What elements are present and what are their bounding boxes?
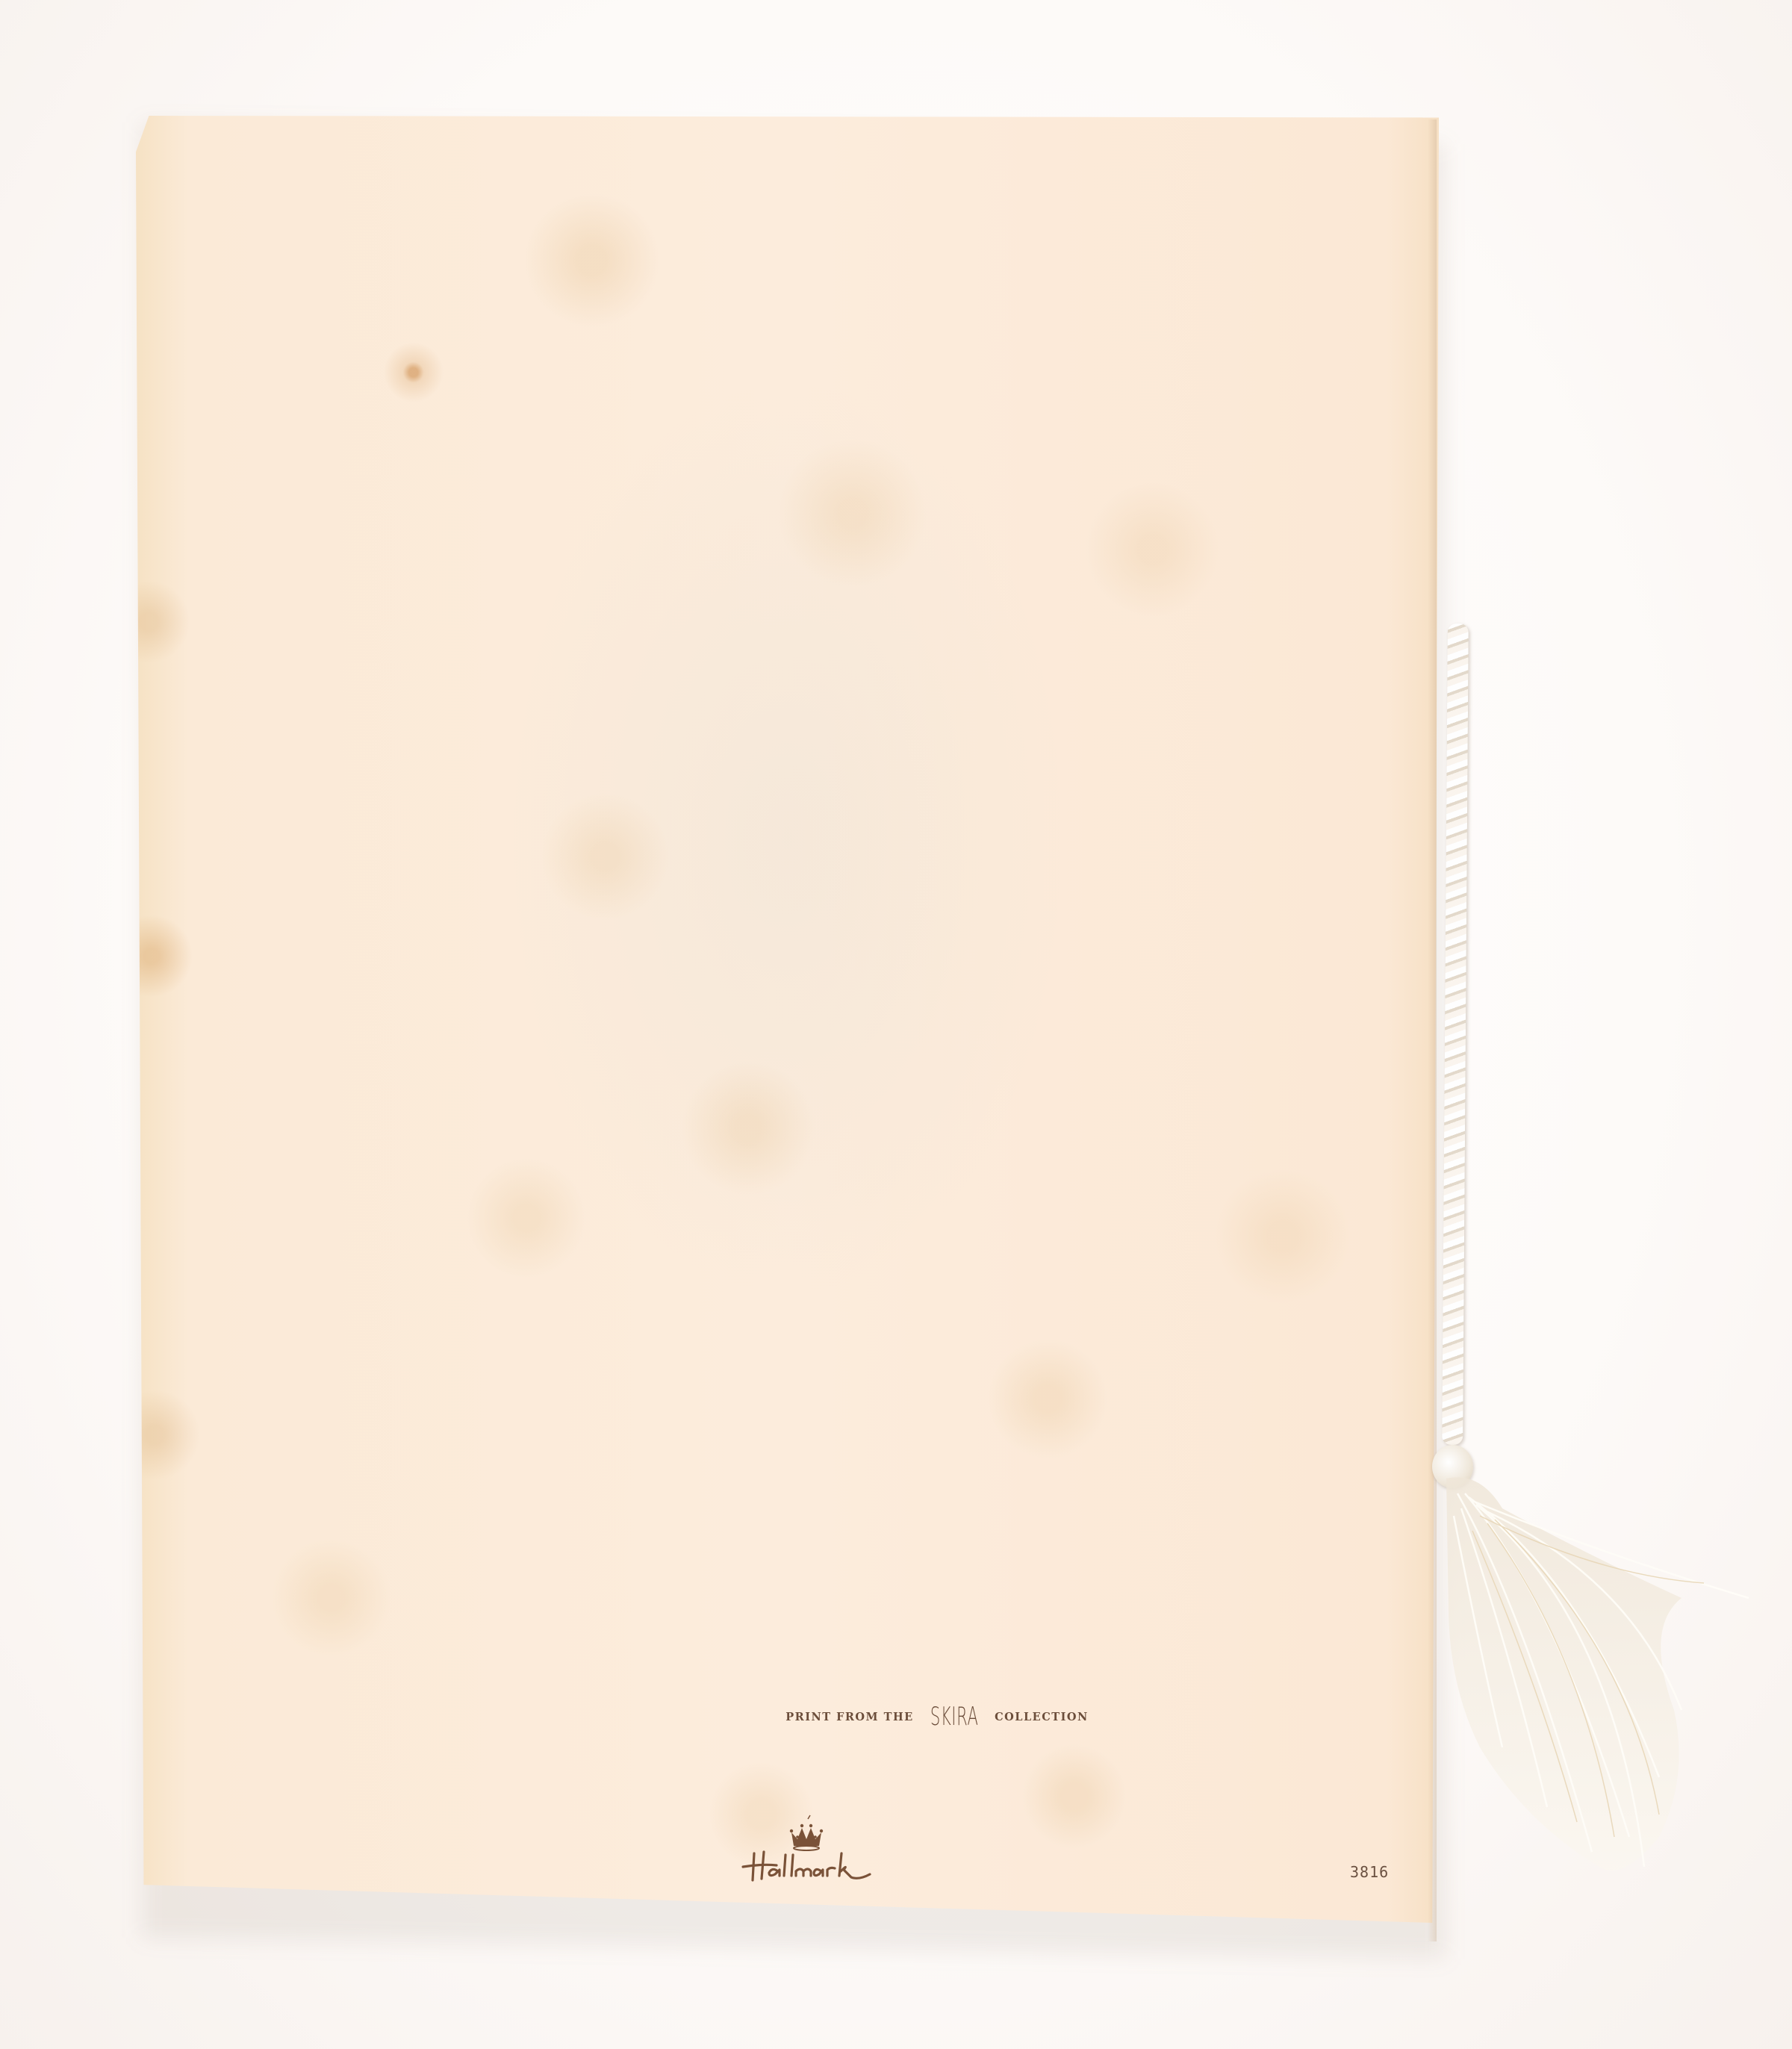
crown-icon <box>724 1815 889 1882</box>
greeting-card-back <box>136 116 1439 1923</box>
credit-prefix: PRINT FROM THE <box>785 1711 913 1723</box>
skira-brand: SKIRA <box>930 1704 979 1729</box>
card-number: 3816 <box>1350 1863 1389 1881</box>
credit-suffix: COLLECTION <box>995 1711 1089 1723</box>
tassel-icon <box>1435 1464 1756 1882</box>
hallmark-logo <box>724 1815 889 1882</box>
braided-cord <box>1442 624 1469 1445</box>
photo-background: PRINT FROM THE SKIRA COLLECTION <box>0 0 1792 2049</box>
